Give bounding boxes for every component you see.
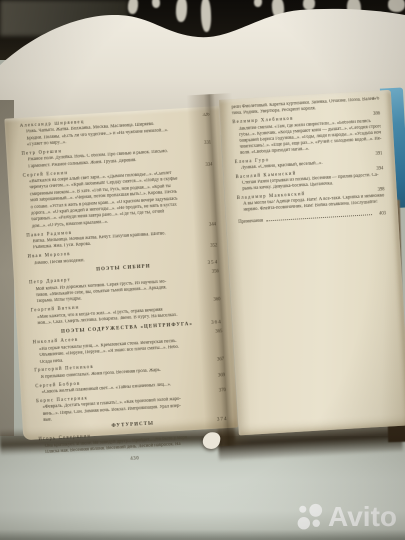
toc-page-number: 344 xyxy=(209,222,216,229)
toc-page-number: 326 xyxy=(202,113,209,120)
toc-page-number: 374 xyxy=(217,417,228,424)
left-page-toc: Александр Ширяевец326Рожь. Чапыги. Жатва… xyxy=(20,113,230,469)
right-page: рели Фиолетовый. Каретка куртизанки. Зап… xyxy=(219,90,405,436)
toc-entry: Сергей Есенин334«Выткался на озере алый … xyxy=(23,162,216,231)
section-title: ПОЭТЫ СИБИРИ xyxy=(96,264,151,274)
toc-footer-label: Примечания xyxy=(238,219,263,227)
toc-page-number: 352 xyxy=(210,244,217,251)
toc-page-number: 356 xyxy=(212,269,219,276)
toc-page-number: 360 xyxy=(213,297,220,304)
toc-page-number: 367 xyxy=(217,357,224,364)
toc-entry: Велимир Хлебников386Заклятие смехом. «Та… xyxy=(232,112,382,158)
toc-page-number: 376 xyxy=(372,97,379,104)
toc-page-number: 369 xyxy=(218,373,225,380)
left-page: Александр Ширяевец326Рожь. Чапыги. Жатва… xyxy=(4,106,238,440)
section-title: ФУТУРИСТЫ xyxy=(111,421,154,430)
toc-page-number: 354 xyxy=(208,260,219,267)
toc-page-number: 364 xyxy=(211,320,222,327)
photo-background: Александр Ширяевец326Рожь. Чапыги. Жатва… xyxy=(0,0,405,540)
toc-page-number: 391 xyxy=(375,151,382,158)
toc-page-number: 370 xyxy=(219,388,226,395)
right-page-toc: рели Фиолетовый. Каретка куртизанки. Зап… xyxy=(231,97,386,227)
toc-entry-lines: «Выткался на озере алый свет зари...». «… xyxy=(23,169,216,231)
avito-wordmark: Avito xyxy=(328,503,397,531)
avito-watermark: Avito xyxy=(294,501,397,532)
toc-footer-page-number: 403 xyxy=(379,212,386,219)
toc-page-number: 386 xyxy=(373,112,380,119)
dot-leader xyxy=(266,212,372,222)
avito-logo-icon xyxy=(294,501,325,532)
toc-page-number: 334 xyxy=(205,162,212,169)
toc-page-number: 365 xyxy=(215,330,222,337)
toc-page-number: 331 xyxy=(204,141,211,148)
